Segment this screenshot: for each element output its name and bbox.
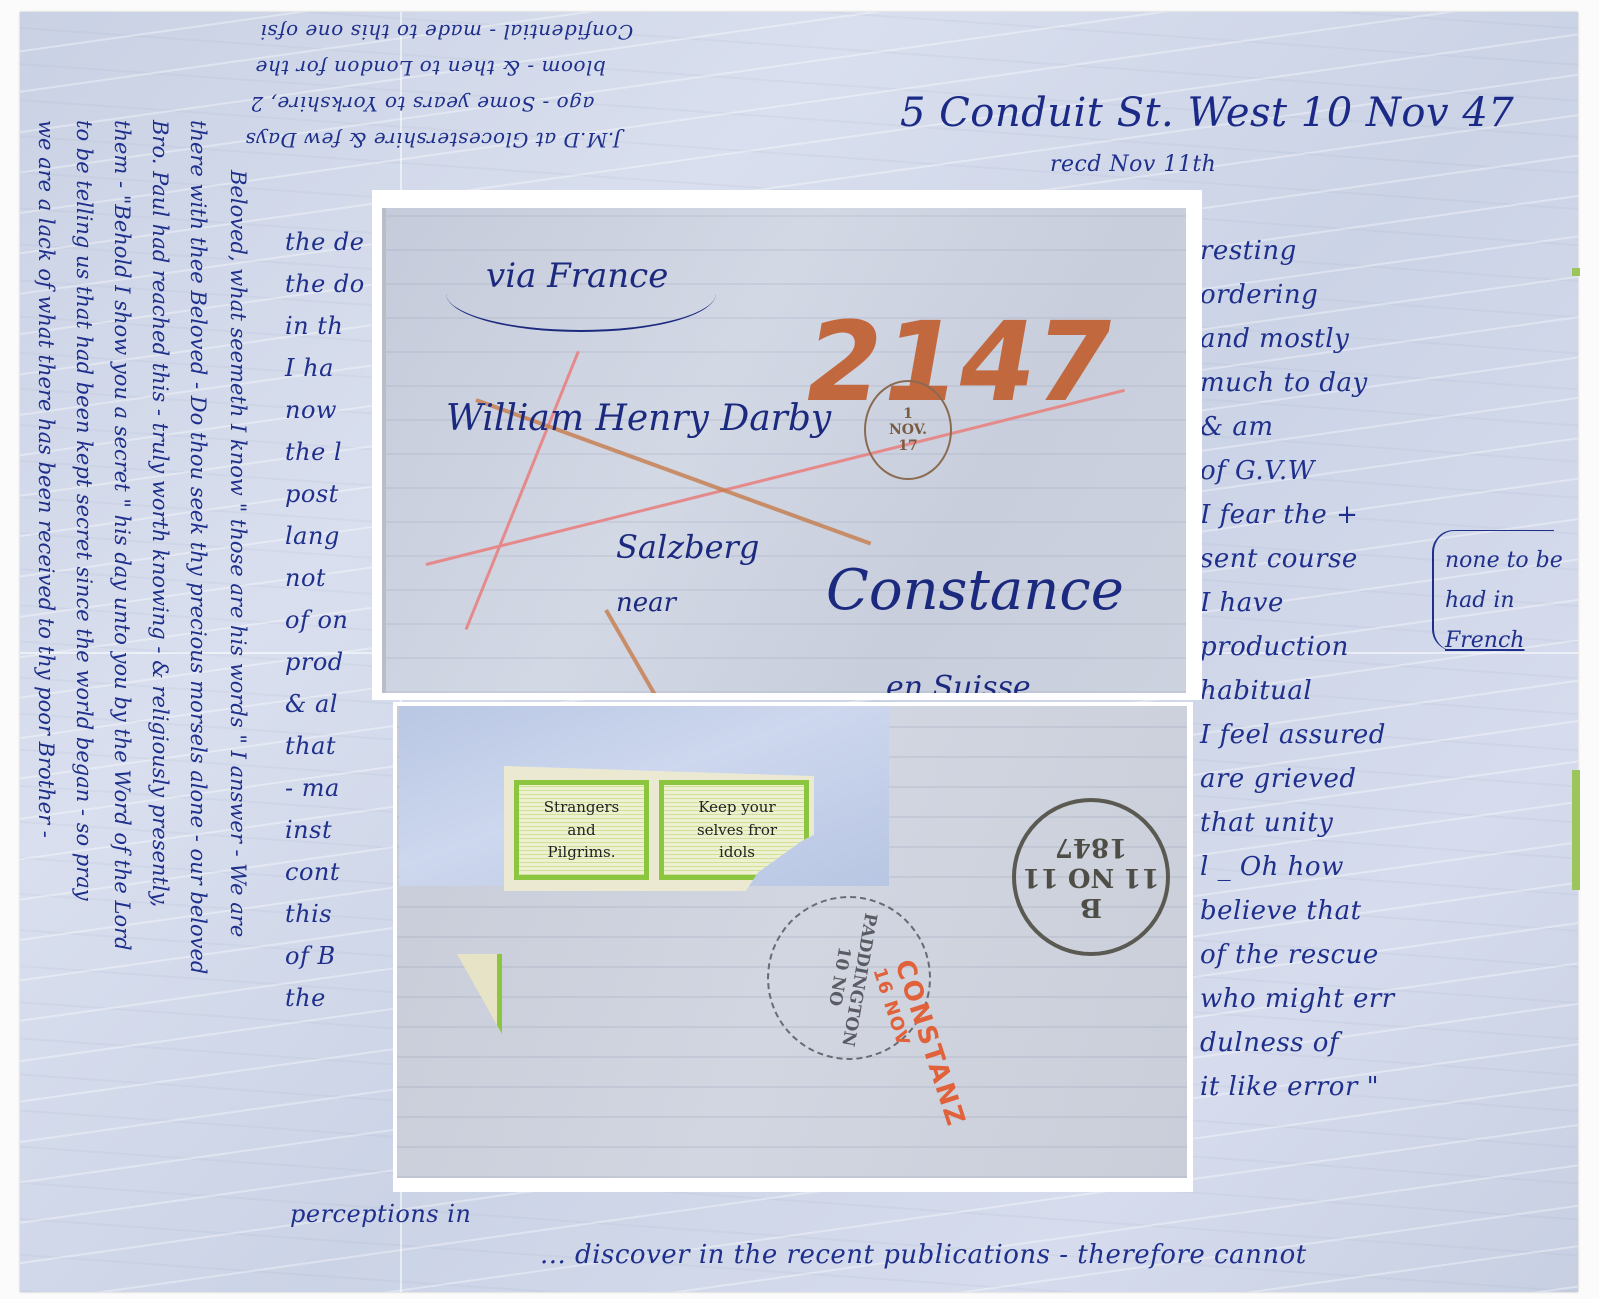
inverted-line: Confidential - made to this one ofsi xyxy=(260,20,633,44)
right-body-line: who might err xyxy=(1200,984,1395,1014)
left-body-line: of B xyxy=(285,942,336,970)
addressee-city: Constance xyxy=(826,558,1124,623)
bottom-line: ... discover in the recent publications … xyxy=(540,1240,1307,1270)
margin-note-line: French xyxy=(1445,628,1524,653)
inverted-line: bloom - & then to London for the xyxy=(255,56,606,80)
left-body-line: cont xyxy=(285,858,340,886)
left-body-line: the xyxy=(285,984,326,1012)
right-body-line: of G.V.W xyxy=(1200,456,1315,486)
addressee-name: William Henry Darby xyxy=(446,398,831,439)
left-body-line: this xyxy=(285,900,332,928)
right-body-line: I have xyxy=(1200,588,1284,618)
right-body-line: that unity xyxy=(1200,808,1333,838)
right-body-line: production xyxy=(1200,632,1349,662)
envelope-front-photo: 2147 via France 1 NOV. 17 William Henry … xyxy=(372,190,1202,700)
bottom-line: perceptions in xyxy=(290,1200,471,1228)
right-body-line: of the rescue xyxy=(1200,940,1379,970)
stamp-fragment-edge xyxy=(1572,268,1580,276)
addressee-country: en Suisse xyxy=(886,670,1031,693)
left-body-line: that xyxy=(285,732,336,760)
vertical-line: to be telling us that had been kept secr… xyxy=(72,120,96,901)
postmark-front: 1 NOV. 17 xyxy=(864,380,952,480)
letter-header-address-date: 5 Conduit St. West 10 Nov 47 xyxy=(900,90,1514,136)
label-line: Strangers xyxy=(544,796,619,819)
left-body-line: post xyxy=(285,480,339,508)
left-body-line: not xyxy=(285,564,326,592)
right-body-line: I fear the + xyxy=(1200,500,1358,530)
left-body-line: of on xyxy=(285,606,348,634)
right-body-line: sent course xyxy=(1200,544,1358,574)
left-body-line: & al xyxy=(285,690,338,718)
addressee-town: Salzberg xyxy=(616,528,759,566)
envelope-front-paper: 2147 via France 1 NOV. 17 William Henry … xyxy=(382,208,1186,693)
via-underline xyxy=(446,290,716,332)
religious-labels-pair: Strangers and Pilgrims. Keep your selves… xyxy=(504,766,814,891)
routing-instruction: via France xyxy=(486,256,668,296)
margin-note-line: none to be xyxy=(1445,548,1563,573)
right-body-line: habitual xyxy=(1200,676,1312,706)
postmark-top: 1 xyxy=(903,406,913,422)
left-body-line: prod xyxy=(285,648,344,676)
right-body-line: believe that xyxy=(1200,896,1362,926)
left-body-line: lang xyxy=(285,522,340,550)
postmark-receiving-year: 1847 xyxy=(1055,832,1127,862)
right-body-line: ordering xyxy=(1200,280,1318,310)
left-body-line: in th xyxy=(285,312,343,340)
label-line: and xyxy=(567,819,595,842)
vertical-line: there with thee Beloved - Do thou seek t… xyxy=(186,120,210,974)
rate-marking: 2147 xyxy=(795,298,1124,426)
left-body-line: the l xyxy=(285,438,342,466)
label-line: idols xyxy=(719,841,755,864)
stamp-fragment-edge xyxy=(1572,770,1580,890)
postmark-month: NOV. xyxy=(889,422,927,438)
right-body-line: much to day xyxy=(1200,368,1368,398)
left-body-line: - ma xyxy=(285,774,340,802)
label-line: selves fror xyxy=(697,819,777,842)
postmark-receiving-date: 11 NO 11 xyxy=(1023,862,1160,892)
left-body-line: inst xyxy=(285,816,332,844)
left-body-line: the de xyxy=(285,228,365,256)
vertical-line: Beloved, what seemeth I know " those are… xyxy=(226,170,250,937)
label-line: Pilgrims. xyxy=(548,841,616,864)
label-keep-yourselves-from-idols: Keep your selves fror idols xyxy=(659,780,809,880)
label-line: Keep your xyxy=(698,796,775,819)
right-body-line: are grieved xyxy=(1200,764,1357,794)
postmark-receiving: B 11 NO 11 1847 xyxy=(1012,798,1170,956)
right-body-line: dulness of xyxy=(1200,1028,1339,1058)
left-body-line: the do xyxy=(285,270,365,298)
envelope-flap-closeup: Strangers and Pilgrims. Keep your selves… xyxy=(399,706,889,886)
left-body-line: I ha xyxy=(285,354,334,382)
margin-note-line: had in xyxy=(1445,588,1515,613)
vertical-line: them - "Behold I show you a secret " his… xyxy=(110,120,134,951)
label-strangers-and-pilgrims: Strangers and Pilgrims. xyxy=(514,780,649,880)
crayon-cancel-stroke xyxy=(604,609,667,693)
label-fragment xyxy=(457,954,502,1034)
right-body-line: and mostly xyxy=(1200,324,1349,354)
addressee-near: near xyxy=(616,588,676,618)
right-body-line: I feel assured xyxy=(1200,720,1386,750)
vertical-line: we are a lack of what there has been rec… xyxy=(34,120,58,838)
right-body-line: resting xyxy=(1200,236,1297,266)
crayon-cancel-stroke xyxy=(465,351,580,630)
vertical-line: Bro. Paul had reached this - truly worth… xyxy=(148,120,172,907)
right-body-line: l _ Oh how xyxy=(1200,852,1344,882)
envelope-back-photo: PADDINGTON 10 NO CONSTANZ 16 NOV B 11 NO… xyxy=(393,702,1193,1192)
inverted-line: J.M.D at Glocestershire & few Days xyxy=(245,128,621,152)
inverted-line: ago - Some years to Yorkshire, 2 xyxy=(250,92,594,116)
right-body-line: & am xyxy=(1200,412,1274,442)
postmark-day: 17 xyxy=(898,438,917,454)
left-body-line: now xyxy=(285,396,337,424)
letter-header-received: recd Nov 11th xyxy=(1050,152,1216,177)
right-body-line: it like error " xyxy=(1200,1072,1379,1102)
postmark-receiving-prefix: B xyxy=(1080,892,1102,922)
